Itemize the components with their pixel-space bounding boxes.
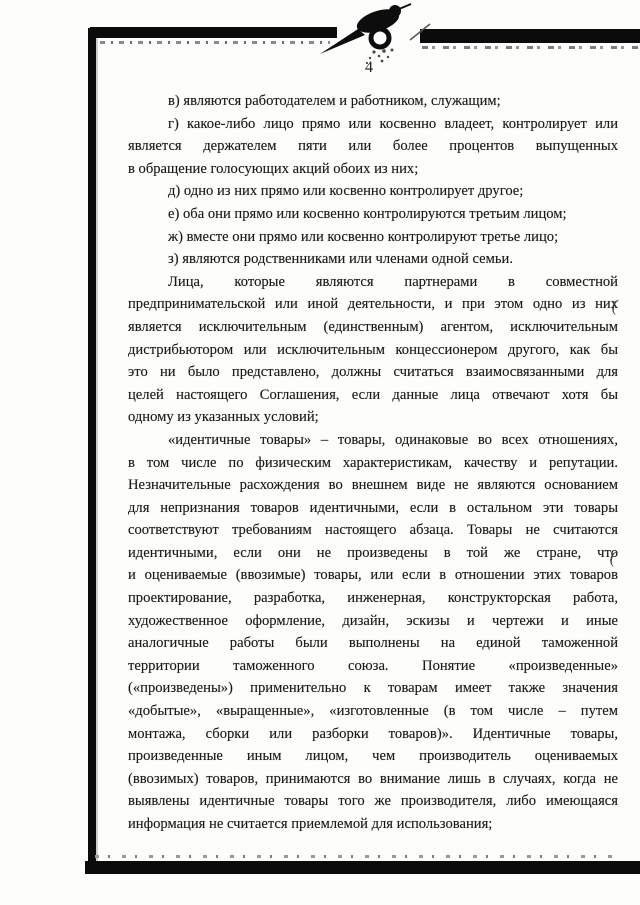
- text-line: монтажа, сборки или разборки товаров)». …: [128, 723, 618, 746]
- text-line: д) одно из них прямо или косвенно контро…: [128, 180, 618, 203]
- text-line: «добытые», «выращенные», «изготовленные …: [128, 700, 618, 723]
- page-number: 4: [128, 59, 610, 77]
- text-line: произведенные иным лицом, чем производит…: [128, 745, 618, 768]
- text-line: в) являются работодателем и работником, …: [128, 90, 618, 113]
- scan-edge-bottom: [85, 861, 640, 874]
- text-line: (ввозимых) товаров, принимаются во внима…: [128, 768, 618, 791]
- text-line: является исключительным (единственным) а…: [128, 316, 618, 339]
- text-line: в том числе по физическим характеристика…: [128, 452, 618, 475]
- text-line: это ни было представлено, должны считать…: [128, 361, 618, 384]
- scan-edge-left: [88, 28, 96, 874]
- text-line: и оцениваемые (ввозимые) товары, или есл…: [128, 564, 618, 587]
- text-line: предпринимательской или иной деятельност…: [128, 293, 618, 316]
- text-line: Лица, которые являются партнерами в совм…: [128, 271, 618, 294]
- scan-speckle-line: [100, 41, 330, 44]
- scanned-page: 4 в) являются работодателем и работником…: [0, 0, 640, 905]
- text-line: Незначительные расхождения во внешнем ви…: [128, 474, 618, 497]
- text-line: выявлены идентичные товары того же произ…: [128, 790, 618, 813]
- text-line: е) оба они прямо или косвенно контролиру…: [128, 203, 618, 226]
- text-line: («произведены») применительно к товарам …: [128, 677, 618, 700]
- text-line: г) какое-либо лицо прямо или косвенно вл…: [128, 113, 618, 136]
- text-line: в обращение голосующих акций обоих из ни…: [128, 158, 618, 181]
- text-line: соответствуют требованиям настоящего абз…: [128, 519, 618, 542]
- text-line: является держателем пяти или более проце…: [128, 135, 618, 158]
- document-text: в) являются работодателем и работником, …: [128, 90, 618, 836]
- text-line: з) являются родственниками или членами о…: [128, 248, 618, 271]
- scan-speckle-line: [422, 46, 640, 49]
- scan-speckle-line: [95, 855, 615, 858]
- text-line: художественное оформление, дизайн, эскиз…: [128, 610, 618, 633]
- scan-edge-top-right: [420, 29, 640, 43]
- text-line: идентичными, если они не произведены в т…: [128, 542, 618, 565]
- text-line: ж) вместе они прямо или косвенно контрол…: [128, 226, 618, 249]
- text-line: для непризнания товаров идентичными, есл…: [128, 497, 618, 520]
- text-line: дистрибьютором или исключительным концес…: [128, 339, 618, 362]
- text-line: аналогичные работы были выполнены на еди…: [128, 632, 618, 655]
- text-line: информация не считается приемлемой для и…: [128, 813, 618, 836]
- text-line: территории таможенного союза. Понятие «п…: [128, 655, 618, 678]
- text-line: «идентичные товары» – товары, одинаковые…: [128, 429, 618, 452]
- text-line: целей настоящего Соглашения, если данные…: [128, 384, 618, 407]
- scan-edge-top-left: [90, 27, 337, 38]
- text-line: проектирование, разработка, инженерная, …: [128, 587, 618, 610]
- ink-blot-bird-icon: [318, 0, 436, 66]
- text-line: одному из указанных условий;: [128, 406, 618, 429]
